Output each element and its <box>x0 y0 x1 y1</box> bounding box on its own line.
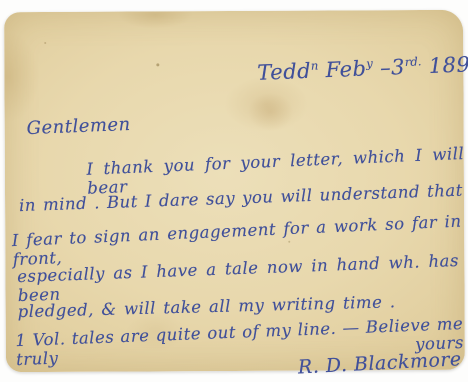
dateline-day-suffix: rd. <box>405 54 422 69</box>
paper-speck <box>156 63 159 66</box>
dateline-place: Tedd <box>257 59 312 85</box>
paper-stain <box>247 93 293 131</box>
letter-salutation: Gentlemen <box>26 114 131 139</box>
letter-card: Teddn Feby –3rd. 1892 Gentlemen I thank … <box>4 10 465 372</box>
dateline-month: Feb <box>325 57 367 83</box>
dateline-year: 1892 <box>428 52 468 78</box>
letter-dateline: Teddn Feby –3rd. 1892 <box>257 53 460 85</box>
letter-photograph: Teddn Feby –3rd. 1892 Gentlemen I thank … <box>0 0 468 382</box>
paper-speck <box>44 42 46 44</box>
dateline-day: 3 <box>391 55 406 80</box>
dateline-place-suffix: n <box>311 58 319 72</box>
dateline-month-suffix: y <box>366 56 373 70</box>
